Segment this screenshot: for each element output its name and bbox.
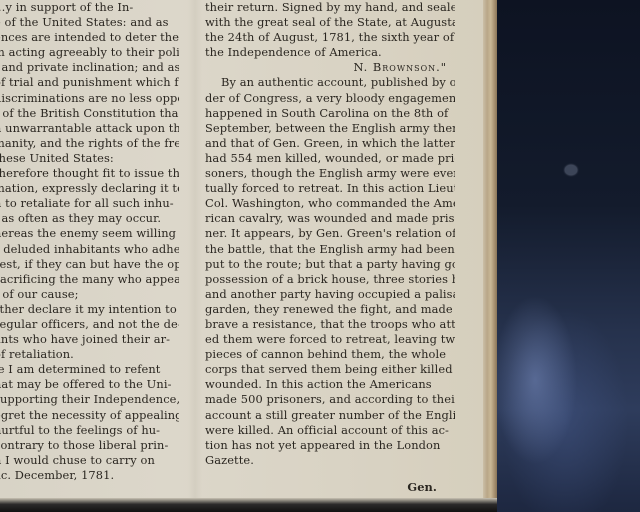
text-line: these United States: [0, 151, 179, 166]
text-line: September, between the English army ther… [205, 121, 455, 136]
text-line: pieces of cannon behind them, the whole [205, 347, 455, 362]
text-line: h I would chuse to carry on [0, 453, 179, 468]
text-line: hat may be offered to the Uni- [0, 377, 179, 392]
column-gutter [188, 0, 202, 498]
text-line: ner. It appears, by Gen. Green's relatio… [205, 226, 455, 241]
text-line: tually forced to retreat. In this action… [205, 181, 455, 196]
text-line: le I am determined to refent [0, 362, 179, 377]
text-line: brave a resistance, that the troops who … [205, 317, 455, 332]
text-line: their return. Signed by my hand, and sea… [205, 0, 455, 15]
text-line: rther declare it my intention to [0, 302, 179, 317]
text-line: manity, and the rights of the free [0, 136, 179, 151]
text-line: Col. Washington, who commanded the Ame- [205, 196, 455, 211]
left-text-column: …y in support of the In-e of the United … [0, 0, 179, 483]
text-line: ences are intended to deter the good [0, 30, 179, 45]
paper-folded-edge [483, 0, 497, 512]
paper-bottom-edge [0, 498, 497, 512]
text-line: ants who have joined their ar- [0, 332, 179, 347]
text-line: corps that served them being either kill… [205, 362, 455, 377]
text-line: m acting agreeably to their politi- [0, 45, 179, 60]
text-line: contrary to those liberal prin- [0, 438, 179, 453]
text-line: n unwarrantable attack upon the [0, 121, 179, 136]
text-line: made 500 prisoners, and according to the… [205, 392, 455, 407]
text-line: mation, expressly declaring it to be [0, 181, 179, 196]
text-line: of retaliation. [0, 347, 179, 362]
text-line: with the great seal of the State, at Aug… [205, 15, 455, 30]
text-line: discriminations are no less opposite [0, 91, 179, 106]
text-line: ed them were forced to retreat, leaving … [205, 332, 455, 347]
text-line: therefore thought fit to issue this [0, 166, 179, 181]
text-line: the battle, that the English army had be… [205, 242, 455, 257]
text-line: By an authentic account, published by or… [205, 75, 455, 90]
text-line: sacrificing the many who appear [0, 272, 179, 287]
signature-n-brownson: N. Brownson." [205, 60, 455, 75]
text-line: happened in South Carolina on the 8th of [205, 106, 455, 121]
right-text-column: their return. Signed by my hand, and sea… [205, 0, 455, 495]
text-line: wounded. In this action the Americans [205, 377, 455, 392]
text-line: were killed. An official account of this… [205, 423, 455, 438]
text-line: account a still greater number of the En… [205, 408, 455, 423]
text-line: the Independence of America. [205, 45, 455, 60]
fabric-speck [565, 165, 577, 175]
text-line: and that of Gen. Green, in which the lat… [205, 136, 455, 151]
text-line: supporting their Independence, [0, 392, 179, 407]
text-line: n to retaliate for all such inhu- [0, 196, 179, 211]
text-line: , as often as they may occur. [0, 211, 179, 226]
catchword: Gen. [205, 480, 455, 495]
text-line: r deluded inhabitants who adhere [0, 242, 179, 257]
text-line: garden, they renewed the fight, and made… [205, 302, 455, 317]
text-line: soners, though the English army were eve… [205, 166, 455, 181]
text-line: the 24th of August, 1781, the sixth year… [205, 30, 455, 45]
dark-fabric-background [495, 0, 640, 512]
text-line: l and private inclination; and as [0, 60, 179, 75]
text-line: rican cavalry, was wounded and made pris… [205, 211, 455, 226]
text-line: hurtful to the feelings of hu- [0, 423, 179, 438]
text-line: put to the route; but that a party havin… [205, 257, 455, 272]
text-line: hereas the enemy seem willing to [0, 226, 179, 241]
text-line: of trial and punishment which fol- [0, 75, 179, 90]
text-line: t of the British Constitution than [0, 106, 179, 121]
text-line: regular officers, and not the de- [0, 317, 179, 332]
text-line: tion has not yet appeared in the London [205, 438, 455, 453]
text-line: …y in support of the In- [0, 0, 179, 15]
text-line: e of the United States: and as [0, 15, 179, 30]
text-line: Gazette. [205, 453, 455, 468]
text-line: had 554 men killed, wounded, or made pri… [205, 151, 455, 166]
text-line: egret the necessity of appealing [0, 408, 179, 423]
text-line: possession of a brick house, three stori… [205, 272, 455, 287]
text-line: and another party having occupied a pali… [205, 287, 455, 302]
text-line: der of Congress, a very bloody engagemen… [205, 91, 455, 106]
text-line: t of our cause; [0, 287, 179, 302]
text-line: ac. December, 1781. [0, 468, 179, 483]
newspaper-page: …y in support of the In-e of the United … [0, 0, 483, 498]
text-line: rest, if they can but have the op- [0, 257, 179, 272]
